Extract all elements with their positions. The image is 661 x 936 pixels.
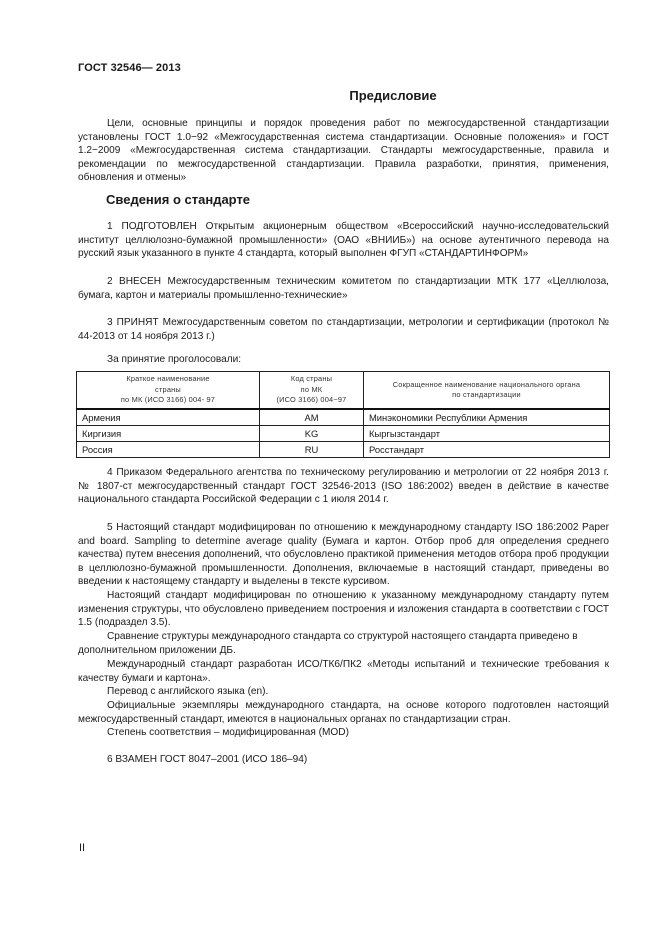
paragraph-5-modified: 5 Настоящий стандарт модифицирован по от… [78, 521, 609, 589]
paragraph-2-submitted: 2 ВНЕСЕН Межгосударственным техническим … [78, 275, 609, 302]
paragraph-5-official-copies: Официальные экземпляры международного ст… [78, 699, 609, 726]
header-line: страны [82, 385, 254, 396]
cell-code: RU [260, 442, 364, 458]
cell-national-body: Росстандарт [364, 442, 610, 458]
foreword-title: Предисловие [0, 88, 661, 103]
header-line: Краткое наименование [82, 374, 254, 385]
table-header-row: Краткое наименование страны по МК (ИСО 3… [77, 372, 610, 410]
header-national-body: Сокращенное наименование национального о… [364, 372, 610, 410]
paragraph-5-translation: Перевод с английского языка (en). [78, 685, 609, 699]
cell-national-body: Кыргызстандарт [364, 426, 610, 442]
voting-countries-table: Краткое наименование страны по МК (ИСО 3… [76, 371, 610, 458]
standard-info-title: Сведения о стандарте [106, 192, 250, 207]
page-number: II [79, 842, 85, 854]
cell-code: AM [260, 409, 364, 426]
cell-country: Армения [77, 409, 260, 426]
cell-country: Россия [77, 442, 260, 458]
paragraph-6-replaces: 6 ВЗАМЕН ГОСТ 8047–2001 (ИСО 186–94) [78, 753, 609, 767]
paragraph-4-order: 4 Приказом Федерального агентства по тех… [78, 466, 609, 507]
header-line: по МК (ИСО 3166) 004- 97 [82, 395, 254, 406]
vote-label: За принятие проголосовали: [78, 353, 609, 367]
cell-country: Киргизия [77, 426, 260, 442]
table-row: Армения AM Минэкономики Республики Армен… [77, 409, 610, 426]
header-line: по стандартизации [369, 390, 604, 401]
paragraph-5-conformity: Степень соответствия – модифицированная … [78, 726, 609, 740]
header-line: по МК [265, 385, 358, 396]
header-country-code: Код страны по МК (ИСО 3166) 004−97 [260, 372, 364, 410]
cell-national-body: Минэкономики Республики Армения [364, 409, 610, 426]
header-line: Сокращенное наименование национального о… [369, 380, 604, 391]
paragraph-5-comparison: Сравнение структуры международного станд… [78, 630, 578, 657]
paragraph-5-structure: Настоящий стандарт модифицирован по отно… [78, 589, 609, 630]
table-row: Киргизия KG Кыргызстандарт [77, 426, 610, 442]
document-header-id: ГОСТ 32546— 2013 [78, 62, 181, 74]
table-row: Россия RU Росстандарт [77, 442, 610, 458]
header-line: Код страны [265, 374, 358, 385]
foreword-text: Цели, основные принципы и порядок провед… [78, 117, 609, 185]
cell-code: KG [260, 426, 364, 442]
paragraph-5-developer: Международный стандарт разработан ИСО/ТК… [78, 658, 609, 685]
header-line: (ИСО 3166) 004−97 [265, 395, 358, 406]
header-country-name: Краткое наименование страны по МК (ИСО 3… [77, 372, 260, 410]
paragraph-3-adopted: 3 ПРИНЯТ Межгосударственным советом по с… [78, 316, 609, 343]
paragraph-1-prepared: 1 ПОДГОТОВЛЕН Открытым акционерным общес… [78, 220, 609, 261]
